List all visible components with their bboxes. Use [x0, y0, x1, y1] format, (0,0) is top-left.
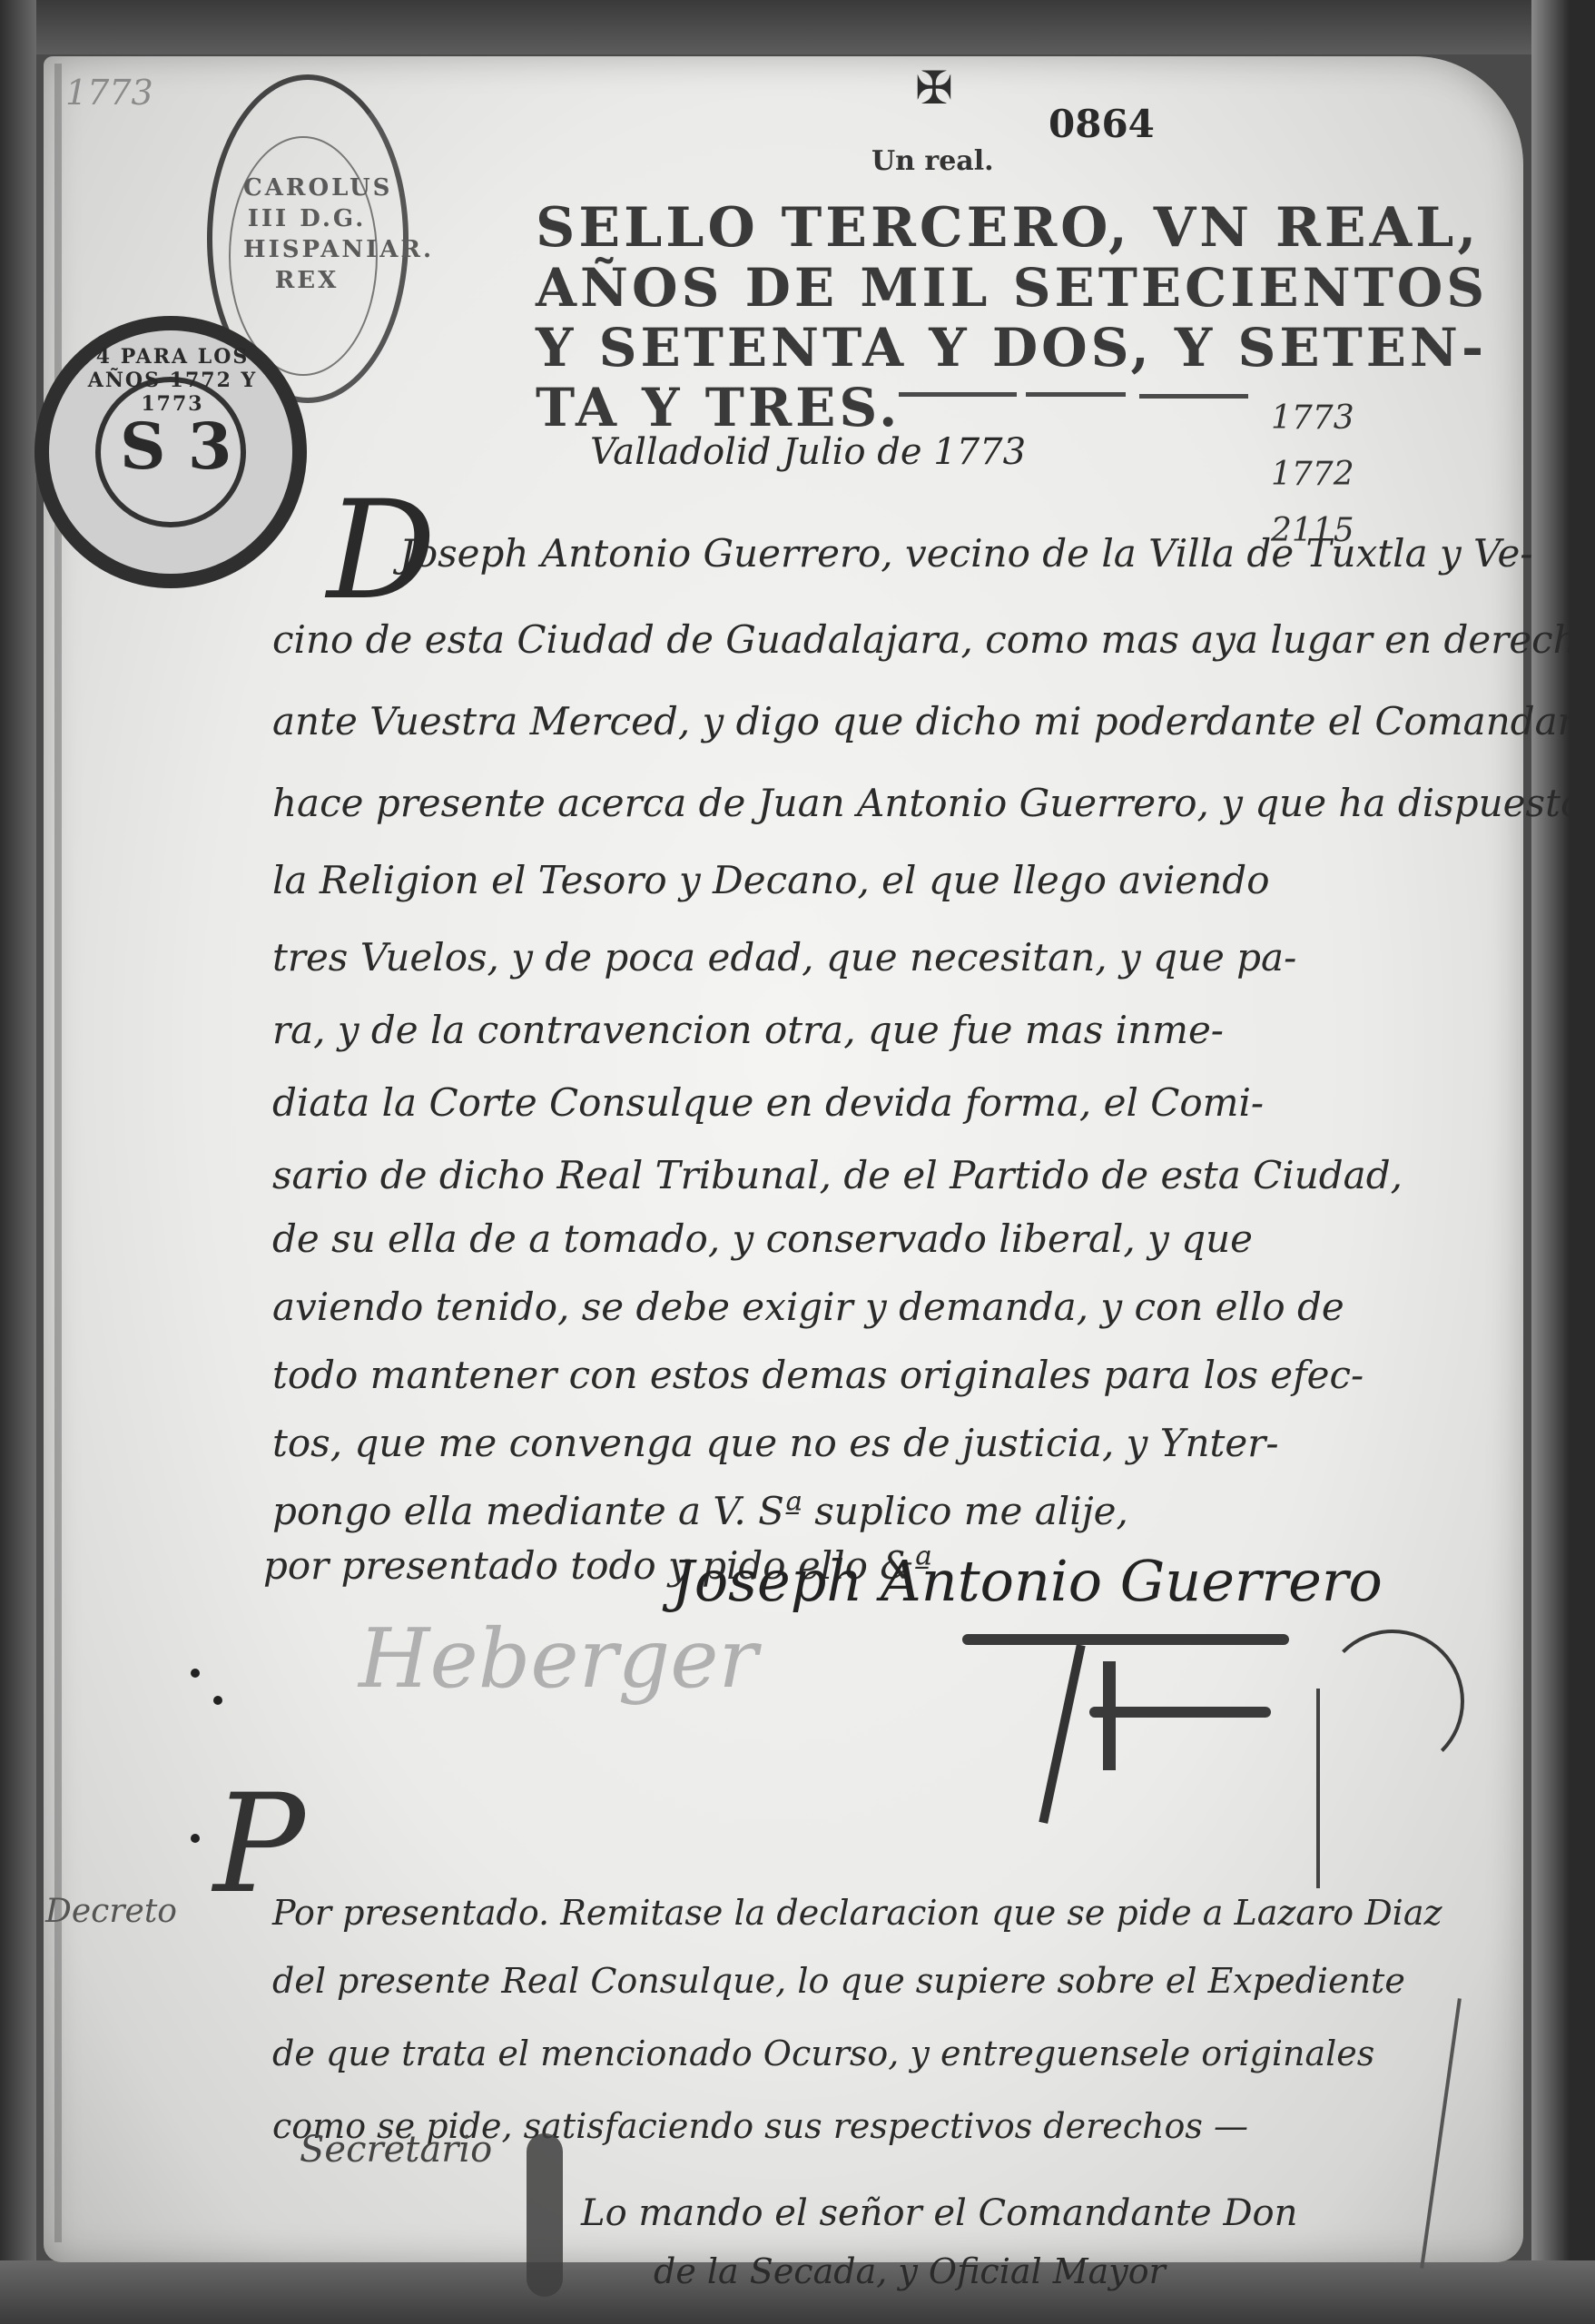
- header-rule-1: [899, 392, 1017, 397]
- royal-seal-text: CAROLUS III D.G. HISPANIAR. REX: [243, 172, 370, 296]
- margin-number: 1773: [1271, 390, 1354, 447]
- body-line: pongo ella mediante a V. Sª suplico me a…: [272, 1489, 1128, 1533]
- decree-line: Lo mando el señor el Comandante Don: [581, 2192, 1297, 2234]
- body-line: tres Vuelos, y de poca edad, que necesit…: [272, 935, 1296, 980]
- signature-guerrero: Joseph Antonio Guerrero: [672, 1548, 1383, 1614]
- heading-place-date: Valladolid Julio de 1773: [590, 431, 1026, 473]
- rubric-stem: [1316, 1689, 1320, 1888]
- scan-frame-left: [0, 0, 36, 2324]
- body-line: diata la Corte Consulque en devida forma…: [272, 1080, 1264, 1125]
- decree-line: Por presentado. Remitase la declaracion …: [272, 1893, 1442, 1933]
- tax-seal-center-code: S 3: [120, 409, 232, 484]
- header-rule-2: [1026, 392, 1126, 397]
- decree-margin-note: Decreto: [45, 1893, 177, 1930]
- body-line: de su ella de a tomado, y conservado lib…: [272, 1216, 1253, 1261]
- decree-line: de que trata el mencionado Ocurso, y ent…: [272, 2033, 1374, 2073]
- rubric-flourish: [1089, 1707, 1271, 1718]
- cross-icon: ✠: [915, 62, 953, 114]
- tax-seal-ring-text: 4 PARA LOS AÑOS 1772 Y 1773: [64, 345, 281, 416]
- body-line: tos, que me convenga que no es de justic…: [272, 1421, 1279, 1465]
- faint-signature: Heberger: [359, 1611, 758, 1707]
- signature-underline: [962, 1634, 1289, 1645]
- decree-line: del presente Real Consulque, lo que supi…: [272, 1961, 1405, 2001]
- stamp-header-line-3: Y SETENTA Y DOS, Y SETEN-: [536, 318, 1488, 378]
- secretary-mark: Secretario: [300, 2129, 492, 2171]
- body-line: cino de esta Ciudad de Guadalajara, como…: [272, 617, 1595, 662]
- header-rule-3: [1139, 394, 1248, 399]
- stamp-header-line-2: AÑOS DE MIL SETECIENTOS: [536, 258, 1488, 318]
- ink-blot-rubric: [527, 2133, 563, 2297]
- bullet-mark: [191, 1669, 200, 1678]
- body-line: hace presente acerca de Juan Antonio Gue…: [272, 781, 1583, 825]
- body-line: todo mantener con estos demas originales…: [272, 1353, 1364, 1397]
- body-line: sario de dicho Real Tribunal, de el Part…: [272, 1153, 1403, 1197]
- decree-line: de la Secada, y Oficial Mayor: [654, 2251, 1166, 2291]
- stamp-value-label: Un real.: [871, 145, 994, 177]
- body-line: la Religion el Tesoro y Decano, el que l…: [272, 858, 1269, 902]
- body-line: aviendo tenido, se debe exigir y demanda…: [272, 1285, 1344, 1329]
- corner-year-annotation: 1773: [65, 73, 153, 113]
- margin-number: 1772: [1271, 447, 1354, 503]
- bullet-mark: [213, 1696, 222, 1705]
- scan-frame-top: [0, 0, 1595, 54]
- folio-number: 0864: [1049, 102, 1155, 146]
- body-line: ra, y de la contravencion otra, que fue …: [272, 1008, 1224, 1052]
- body-line: Joseph Antonio Guerrero, vecino de la Vi…: [399, 531, 1533, 576]
- stamp-header-line-1: SELLO TERCERO, VN REAL,: [536, 198, 1488, 258]
- bullet-mark: [191, 1834, 200, 1843]
- rubric-curl-icon: [1321, 1630, 1464, 1773]
- scan-frame-right: [1531, 0, 1595, 2324]
- body-line: ante Vuestra Merced, y digo que dicho mi…: [272, 699, 1595, 743]
